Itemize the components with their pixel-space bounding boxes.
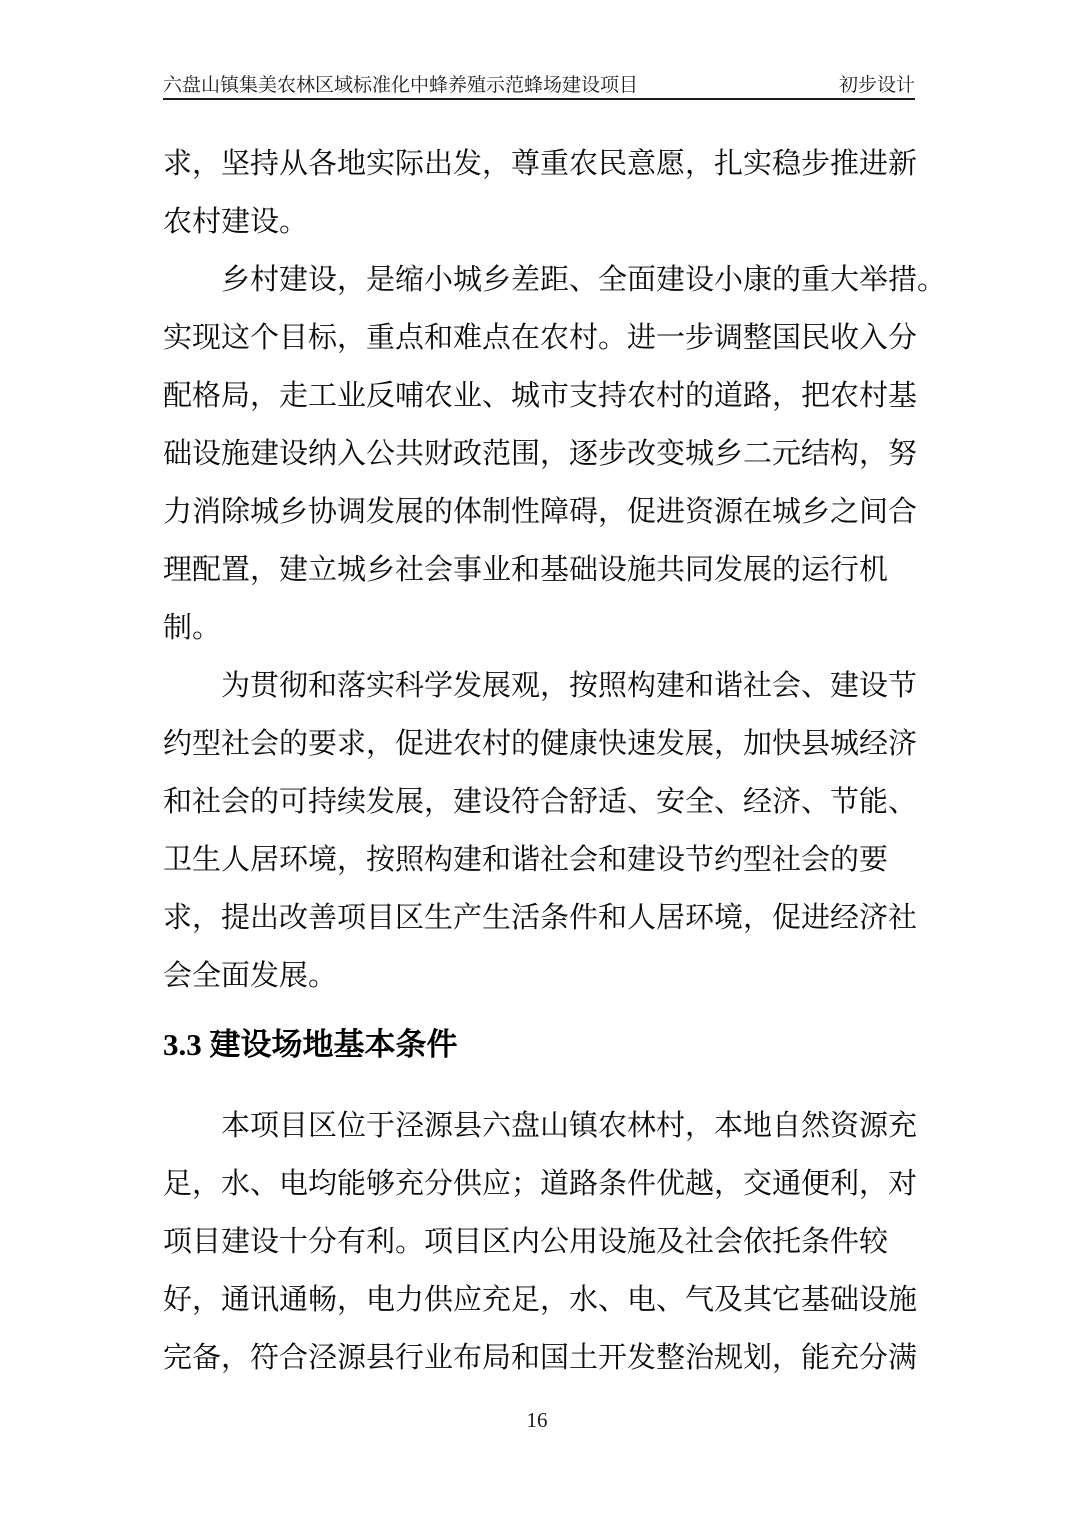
document-page: 六盘山镇集美农林区域标准化中蜂养殖示范蜂场建设项目 初步设计 求，坚持从各地实际… — [0, 0, 1074, 1520]
paragraph-continuation: 求，坚持从各地实际出发，尊重农民意愿，扎实稳步推进新 农村建设。 — [163, 135, 953, 251]
paragraph-scientific-development: 为贯彻和落实科学发展观，按照构建和谐社会、建设节 约型社会的要求，促进农村的健康… — [163, 657, 953, 1005]
page-number: 16 — [527, 1408, 548, 1432]
document-body: 求，坚持从各地实际出发，尊重农民意愿，扎实稳步推进新 农村建设。 乡村建设，是缩… — [163, 135, 953, 1387]
section-heading-3-3: 3.3 建设场地基本条件 — [163, 1016, 953, 1074]
page-footer: 16 — [0, 1410, 1074, 1431]
page-header: 六盘山镇集美农林区域标准化中蜂养殖示范蜂场建设项目 初步设计 — [163, 75, 915, 100]
header-stage-label: 初步设计 — [839, 75, 915, 96]
paragraph-rural-construction: 乡村建设，是缩小城乡差距、全面建设小康的重大举措。 实现这个目标，重点和难点在农… — [163, 251, 953, 657]
header-project-title: 六盘山镇集美农林区域标准化中蜂养殖示范蜂场建设项目 — [163, 75, 638, 96]
paragraph-site-conditions: 本项目区位于泾源县六盘山镇农林村，本地自然资源充 足，水、电均能够充分供应；道路… — [163, 1097, 953, 1387]
